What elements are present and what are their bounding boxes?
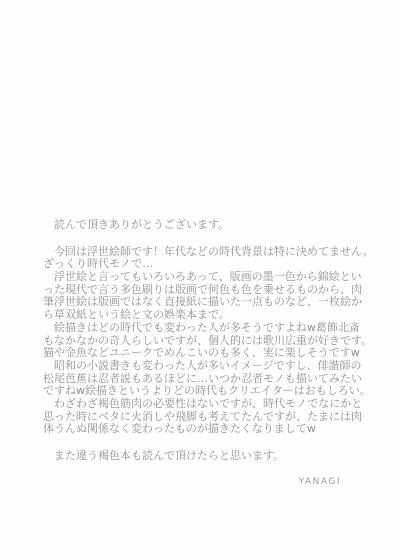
text-line: 昭和の小説書きも変わった人が多いイメージですし、俳諧師の (43, 360, 369, 373)
text-line: また違う褐色本も読んで頂けたらと思います。 (43, 450, 369, 463)
text-line: 猫や金魚などユニークでめんこいのも多く、実に楽しそうですw (43, 347, 369, 360)
text-line: 浮世絵と言ってもいろいろあって、版画の墨一色から錦絵とい (43, 271, 369, 284)
afterword-page: 読んで頂きありがとうございます。 今回は浮世絵師です！年代などの時代背景は特に決… (0, 0, 400, 559)
text-line: 絵描きはどの時代でも変わった人が多そうですよねw葛飾北斎 (43, 322, 369, 335)
afterword-text-block: 読んで頂きありがとうございます。 今回は浮世絵師です！年代などの時代背景は特に決… (43, 219, 369, 488)
text-line: ら草双紙という絵と文の娯楽本まで。 (43, 309, 369, 322)
text-line: 体うんぬ関係なく変わったものが描きたくなりましてw (43, 423, 369, 436)
author-signature: YANAGI (43, 476, 369, 489)
text-line: わざわざ褐色筋肉の必要性はないですが、時代モノでなにかと (43, 398, 369, 411)
text-line: 読んで頂きありがとうございます。 (43, 219, 369, 232)
